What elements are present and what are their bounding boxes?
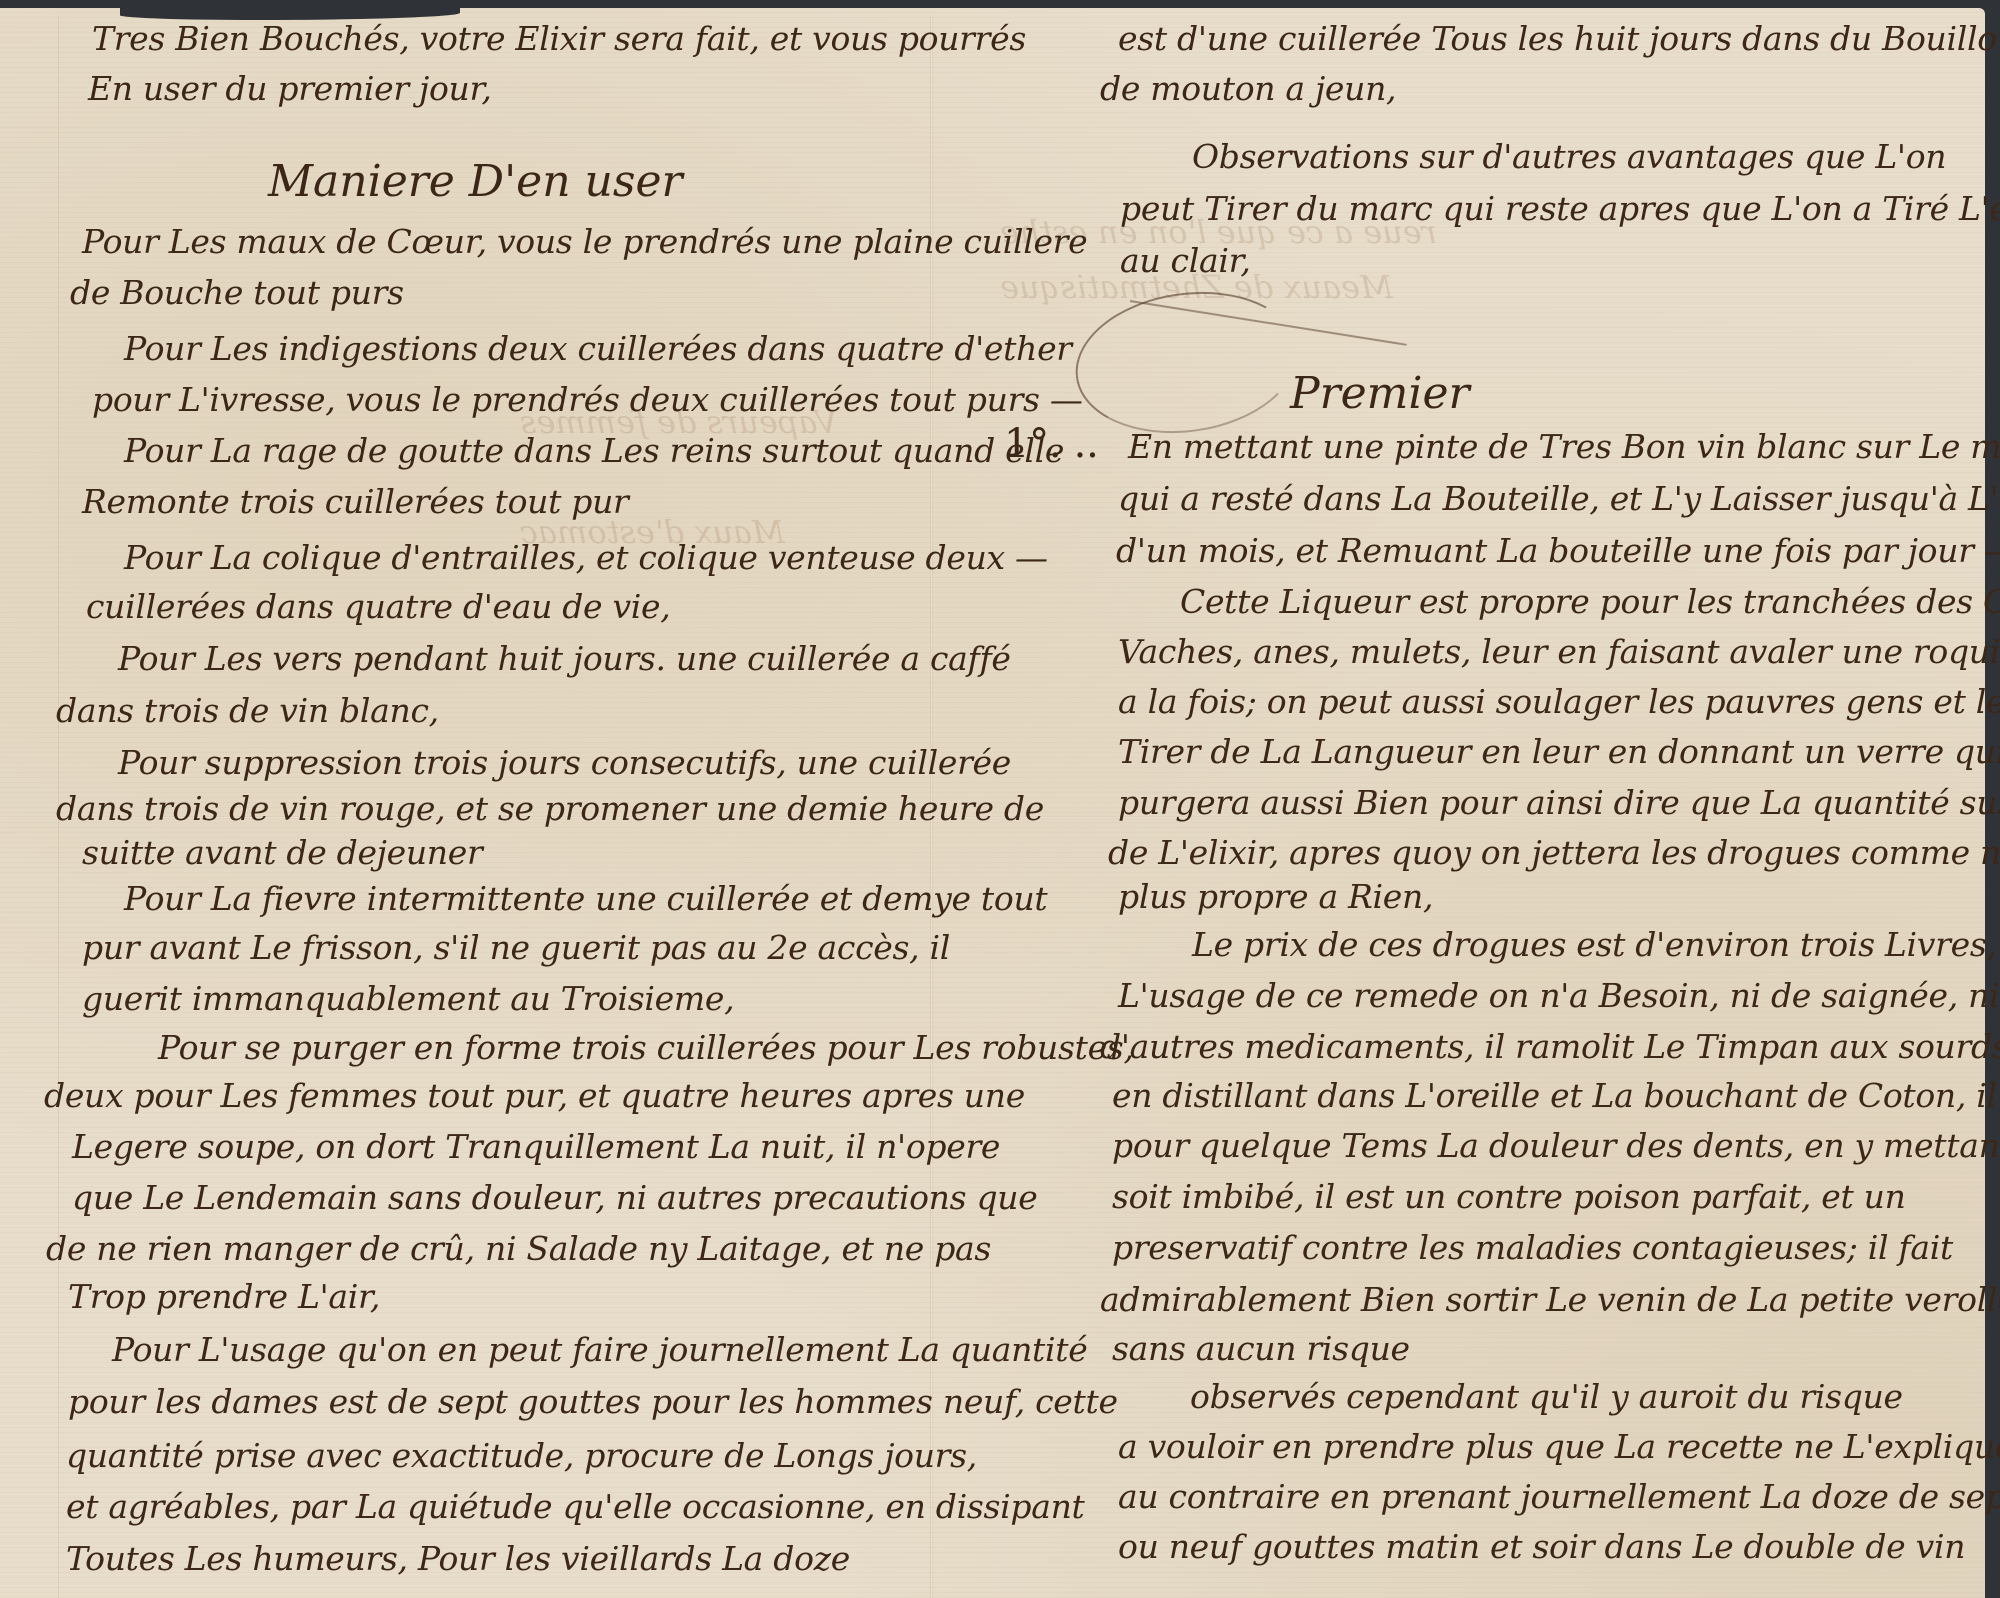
left-page-text-line: de Bouche tout purs xyxy=(70,276,404,309)
right-page-text-line: de L'elixir, apres quoy on jettera les d… xyxy=(1108,836,2000,869)
right-page-text-line: Vaches, anes, mulets, leur en faisant av… xyxy=(1118,635,2000,668)
right-page-text-line: Le prix de ces drogues est d'environ tro… xyxy=(1192,928,2000,961)
right-page-text-line: observés cependant qu'il y auroit du ris… xyxy=(1190,1380,1903,1413)
right-page-text-line: en distillant dans L'oreille et La bouch… xyxy=(1112,1079,2000,1112)
left-page-text-line: Pour suppression trois jours consecutifs… xyxy=(118,746,1011,779)
left-page-text-line: pour les dames est de sept gouttes pour … xyxy=(68,1385,1118,1418)
right-page-text-line: d'un mois, et Remuant La bouteille une f… xyxy=(1116,534,2000,567)
left-page-text-line: Pour La fievre intermittente une cuiller… xyxy=(124,882,1047,915)
left-page-text-line: En user du premier jour, xyxy=(88,72,492,105)
left-page-text-line: cuillerées dans quatre d'eau de vie, xyxy=(86,590,670,623)
left-page-text-line: dans trois de vin rouge, et se promener … xyxy=(56,792,1044,825)
right-page-text-line: plus propre a Rien, xyxy=(1118,880,1433,913)
right-page-heading: Premier xyxy=(1290,372,1470,416)
right-page-text-line: qui a resté dans La Bouteille, et L'y La… xyxy=(1118,482,2000,515)
right-page-text-line: Observations sur d'autres avantages que … xyxy=(1192,140,1946,173)
margin-numeral: 1°. .. xyxy=(1004,424,1099,464)
left-page-text-line: pour L'ivresse, vous le prendrés deux cu… xyxy=(92,383,1083,416)
right-page-text-line: En mettant une pinte de Tres Bon vin bla… xyxy=(1128,430,2000,463)
right-page-text-line: sans aucun risque xyxy=(1112,1332,1410,1365)
left-page-text-line: Pour La colique d'entrailles, et colique… xyxy=(124,541,1048,574)
left-page-text-line: deux pour Les femmes tout pur, et quatre… xyxy=(44,1079,1025,1112)
right-page-text-line: a vouloir en prendre plus que La recette… xyxy=(1118,1430,2000,1463)
left-page-text-line: Pour La rage de goutte dans Les reins su… xyxy=(124,434,1064,467)
left-page-text-line: Pour Les indigestions deux cuillerées da… xyxy=(124,332,1072,365)
right-page-text-line: d'autres medicaments, il ramolit Le Timp… xyxy=(1100,1030,2000,1063)
right-page-text-line: est d'une cuillerée Tous les huit jours … xyxy=(1118,22,2000,55)
right-page-text-line: purgera aussi Bien pour ainsi dire que L… xyxy=(1118,786,2000,819)
left-page-text-line: guerit immanquablement au Troisieme, xyxy=(82,982,734,1015)
left-page-text-line: Tres Bien Bouchés, votre Elixir sera fai… xyxy=(92,22,1026,55)
left-page-text-line: Remonte trois cuillerées tout pur xyxy=(82,485,629,518)
left-page-text-line: Pour Les maux de Cœur, vous le prendrés … xyxy=(82,225,1087,258)
right-page-text-line: peut Tirer du marc qui reste apres que L… xyxy=(1120,192,2000,225)
left-page-text-line: Pour se purger en forme trois cuillerées… xyxy=(158,1031,1134,1064)
left-page-text-line: Trop prendre L'air, xyxy=(68,1280,380,1313)
right-page-text-line: Tirer de La Langueur en leur en donnant … xyxy=(1118,735,2000,768)
right-page-text-line: L'usage de ce remede on n'a Besoin, ni d… xyxy=(1118,979,2000,1012)
left-page-text-line: que Le Lendemain sans douleur, ni autres… xyxy=(72,1181,1037,1214)
right-page-text-line: au contraire en prenant journellement La… xyxy=(1118,1480,2000,1513)
left-page-text-line: Pour Les vers pendant huit jours. une cu… xyxy=(118,642,1011,675)
left-page-text-line: dans trois de vin blanc, xyxy=(56,694,439,727)
right-page-text-line: a la fois; on peut aussi soulager les pa… xyxy=(1118,685,2000,718)
right-page-text-line: admirablement Bien sortir Le venin de La… xyxy=(1100,1283,2000,1316)
left-page-text-line: et agréables, par La quiétude qu'elle oc… xyxy=(66,1490,1085,1523)
right-page-text-line: preservatif contre les maladies contagie… xyxy=(1112,1231,1953,1264)
right-page-text-line: Cette Liqueur est propre pour les tranch… xyxy=(1180,585,2000,618)
right-page-text-line: de mouton a jeun, xyxy=(1100,72,1396,105)
left-page-text-line: pur avant Le frisson, s'il ne guerit pas… xyxy=(82,931,950,964)
left-page-text-line: Pour L'usage qu'on en peut faire journel… xyxy=(112,1333,1087,1366)
left-page-text-line: Toutes Les humeurs, Pour les vieillards … xyxy=(66,1542,850,1575)
right-page-text-line: au clair, xyxy=(1120,244,1251,277)
left-page-text-line: Legere soupe, on dort Tranquillement La … xyxy=(72,1130,1000,1163)
left-page-text-line: quantité prise avec exactitude, procure … xyxy=(66,1439,977,1472)
left-page-heading: Maniere D'en user xyxy=(268,160,683,204)
left-page-text-line: de ne rien manger de crû, ni Salade ny L… xyxy=(46,1232,991,1265)
left-page-text-line: suitte avant de dejeuner xyxy=(82,836,482,869)
right-page-text-line: pour quelque Tems La douleur des dents, … xyxy=(1112,1129,2000,1162)
right-page-text-line: ou neuf gouttes matin et soir dans Le do… xyxy=(1118,1530,1965,1563)
right-page-text-line: soit imbibé, il est un contre poison par… xyxy=(1112,1180,1906,1213)
